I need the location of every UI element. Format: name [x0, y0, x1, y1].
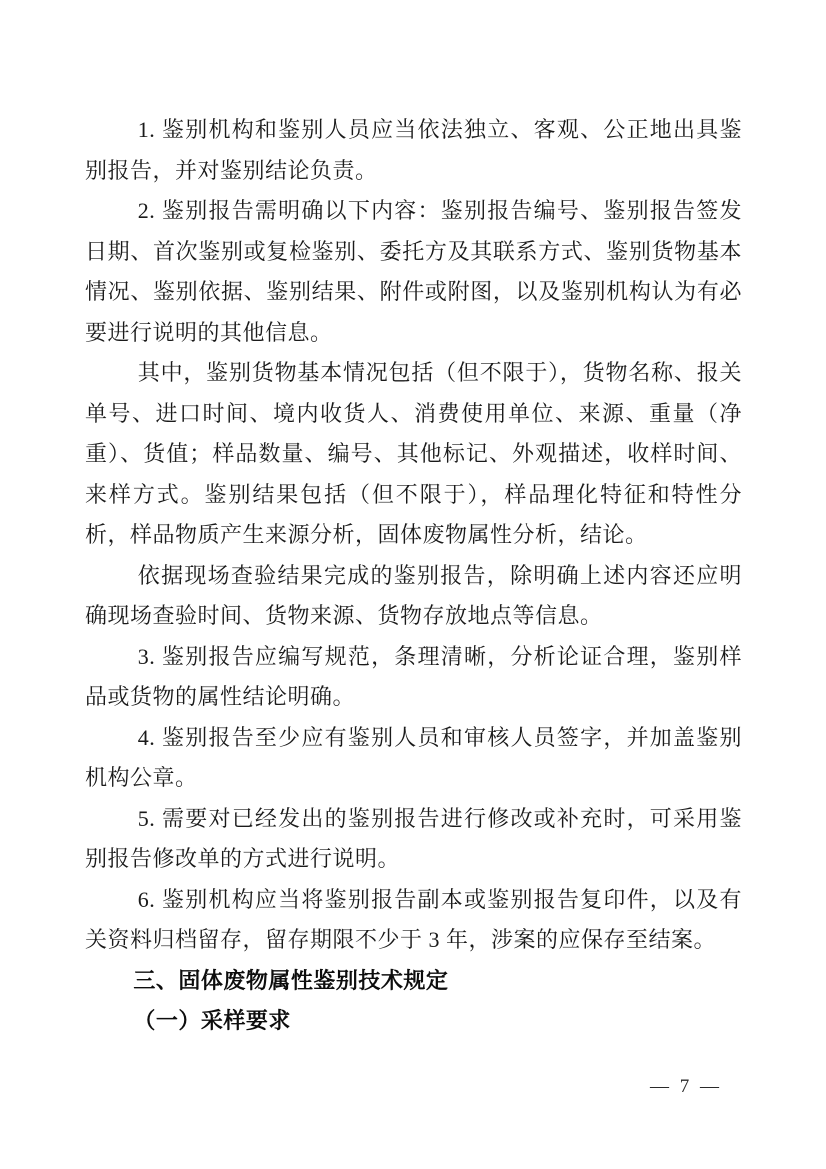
- document-body: 1. 鉴别机构和鉴别人员应当依法独立、客观、公正地出具鉴别报告，并对鉴别结论负责…: [85, 110, 742, 1042]
- document-page: 1. 鉴别机构和鉴别人员应当依法独立、客观、公正地出具鉴别报告，并对鉴别结论负责…: [0, 0, 826, 1169]
- section-heading: 三、固体废物属性鉴别技术规定: [85, 961, 742, 1002]
- page-number: — 7 —: [650, 1076, 722, 1098]
- paragraph: 6. 鉴别机构应当将鉴别报告副本或鉴别报告复印件，以及有关资料归档留存，留存期限…: [85, 880, 742, 961]
- paragraph: 依据现场查验结果完成的鉴别报告，除明确上述内容还应明确现场查验时间、货物来源、货…: [85, 556, 742, 637]
- paragraph: 1. 鉴别机构和鉴别人员应当依法独立、客观、公正地出具鉴别报告，并对鉴别结论负责…: [85, 110, 742, 191]
- paragraph: 其中，鉴别货物基本情况包括（但不限于），货物名称、报关单号、进口时间、境内收货人…: [85, 353, 742, 556]
- section-heading: （一）采样要求: [85, 1001, 742, 1042]
- paragraph: 4. 鉴别报告至少应有鉴别人员和审核人员签字，并加盖鉴别机构公章。: [85, 718, 742, 799]
- paragraph: 3. 鉴别报告应编写规范，条理清晰，分析论证合理，鉴别样品或货物的属性结论明确。: [85, 637, 742, 718]
- paragraph: 5. 需要对已经发出的鉴别报告进行修改或补充时，可采用鉴别报告修改单的方式进行说…: [85, 799, 742, 880]
- paragraph: 2. 鉴别报告需明确以下内容：鉴别报告编号、鉴别报告签发日期、首次鉴别或复检鉴别…: [85, 191, 742, 353]
